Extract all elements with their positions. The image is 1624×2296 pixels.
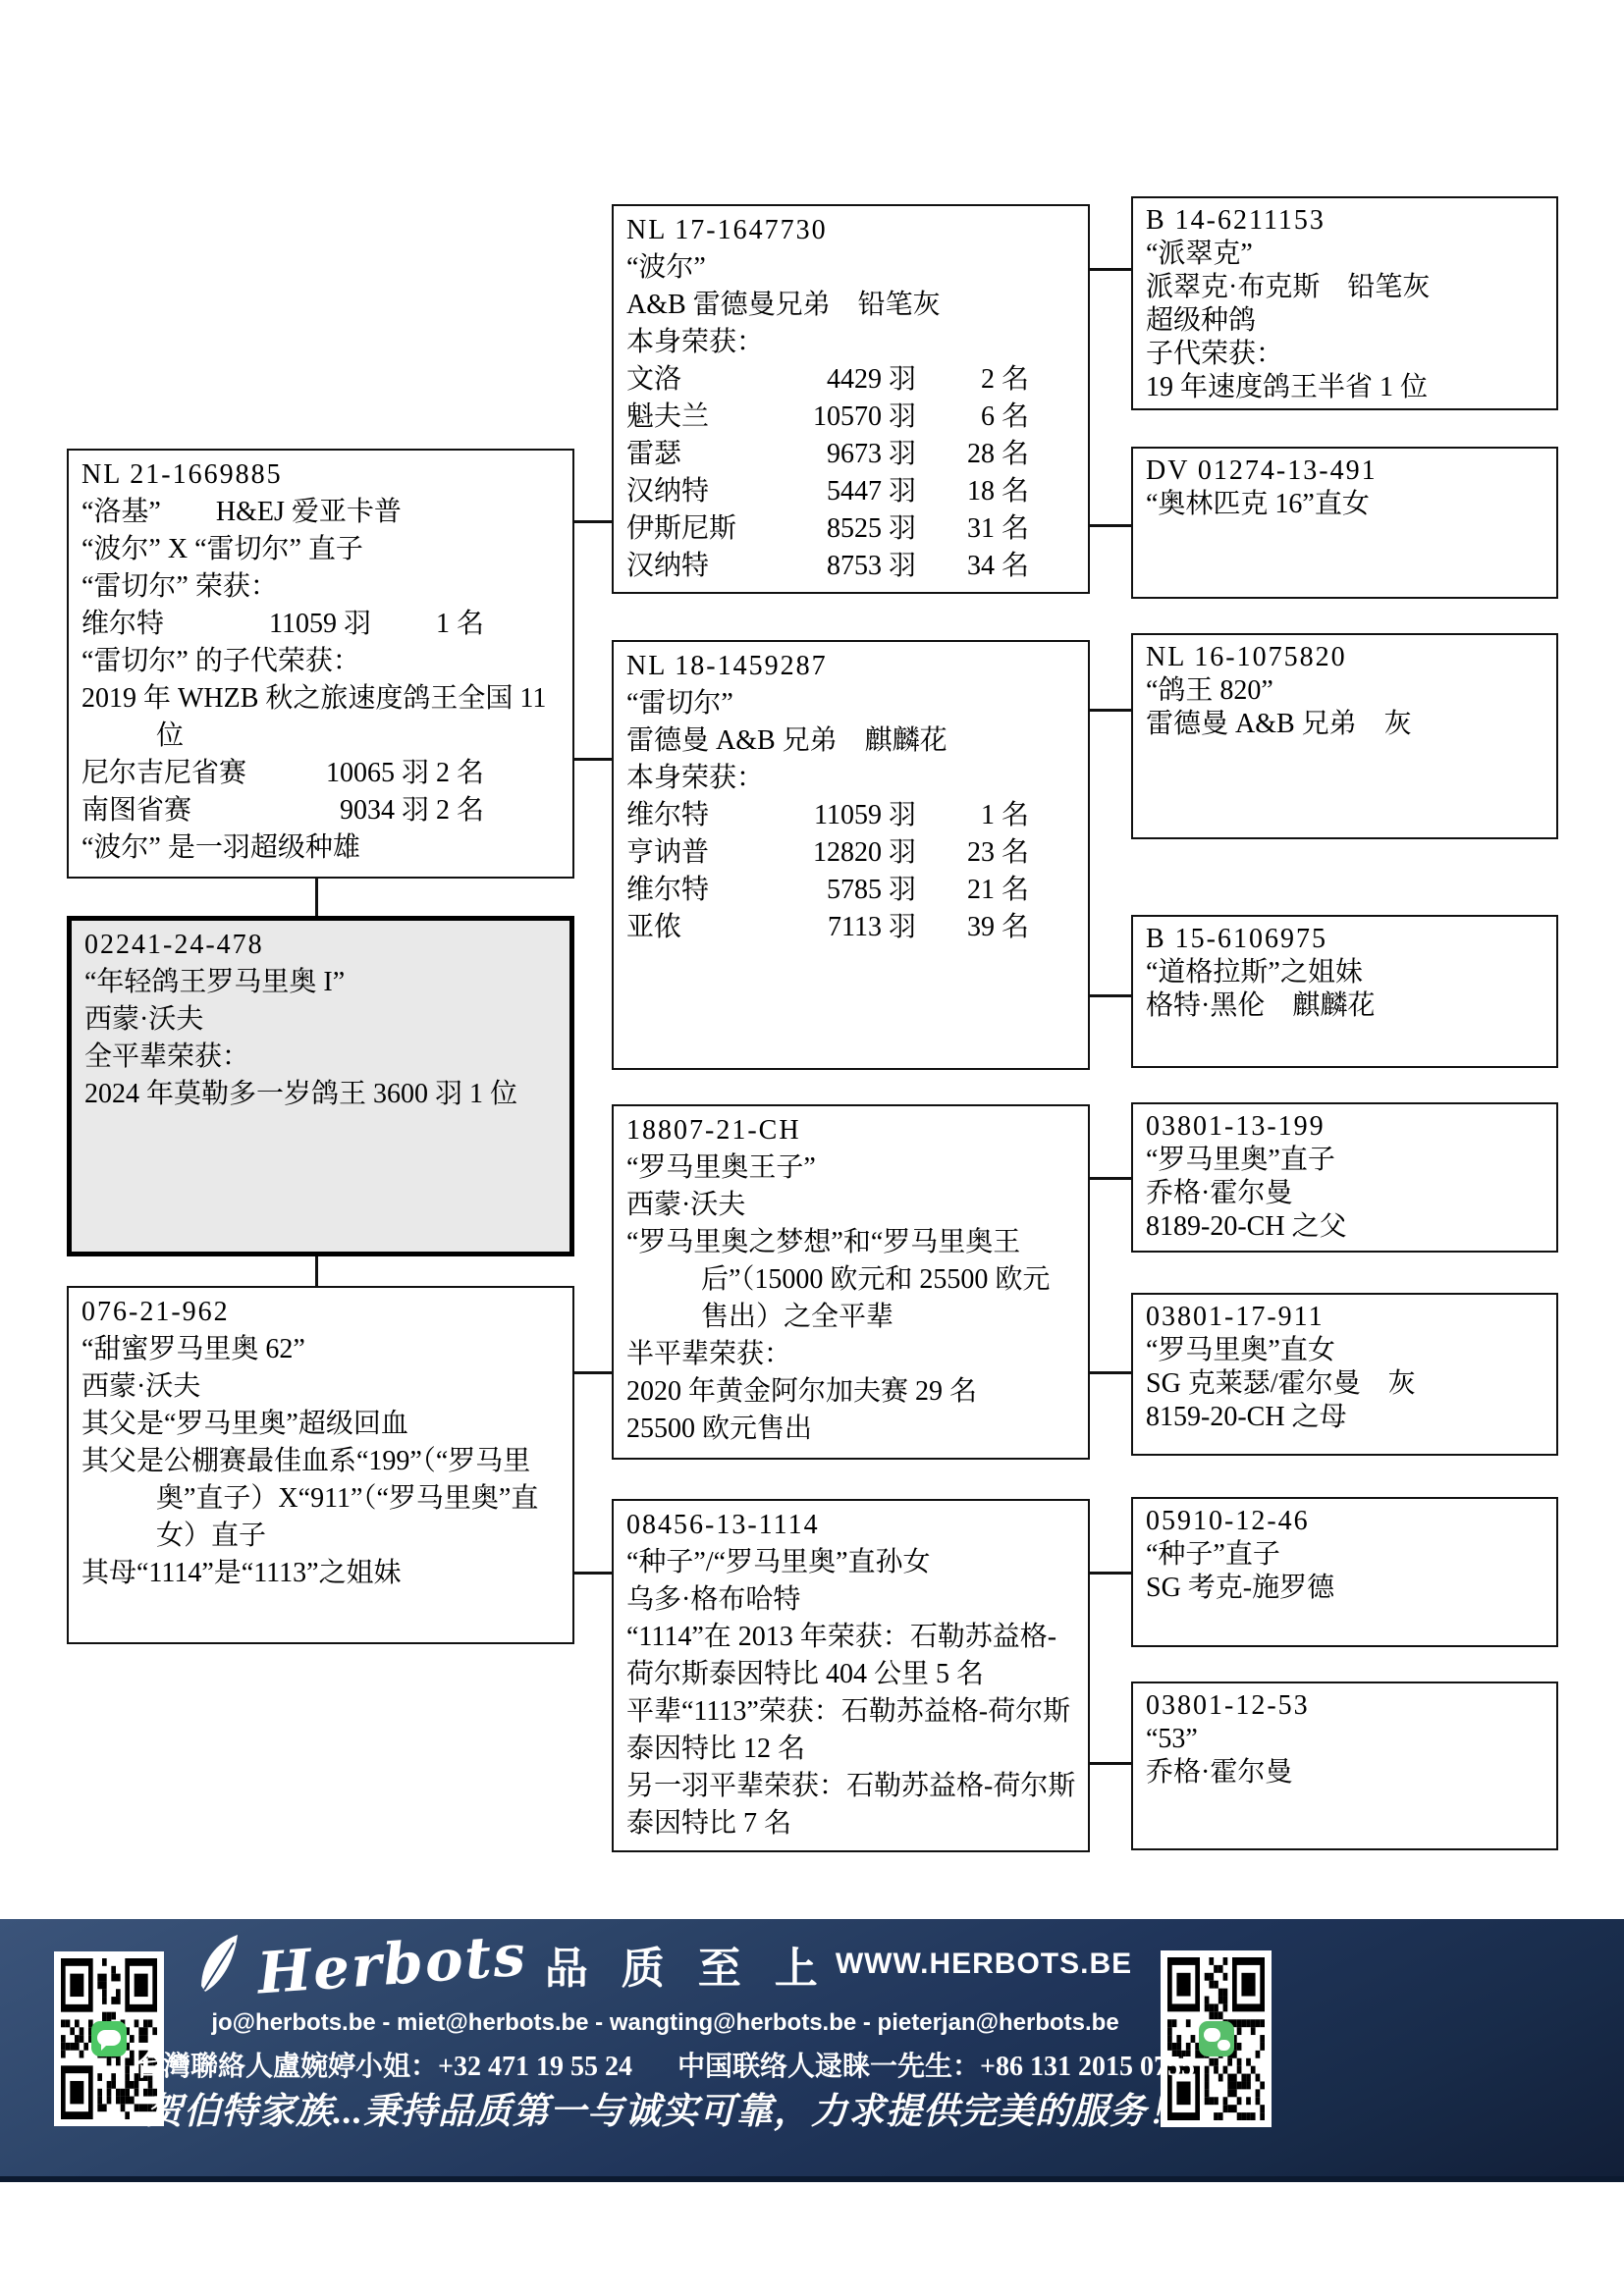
pedigree-box-grandsire-1: NL 17-1647730“波尔”A&B 雷德曼兄弟 铅笔灰本身荣获：文洛442… (612, 204, 1090, 594)
text-line: “罗马里奥”直子 (1146, 1144, 1544, 1177)
text-line: NL 18-1459287 (626, 648, 1076, 685)
feather-icon (198, 1935, 240, 1994)
text-line: “罗马里奥之梦想”和“罗马里奥王后”（15000 欧元和 25500 欧元售出）… (626, 1224, 1076, 1336)
pedigree-box-ggp-4: B 15-6106975“道格拉斯”之姐妹格特·黑伦 麒麟花 (1131, 915, 1558, 1068)
text-line: DV 01274-13-491 (1146, 454, 1544, 488)
connector-line (574, 520, 612, 523)
brand-logo-text: Herbots (255, 1921, 529, 2006)
text-line: 18807-21-CH (626, 1112, 1076, 1149)
contact-emails: jo@herbots.be - miet@herbots.be - wangti… (182, 2009, 1149, 2037)
text-line: 超级种鸽 (1146, 304, 1544, 338)
connector-line (1090, 1762, 1131, 1765)
text-line: 全平辈荣获： (84, 1039, 558, 1076)
pedigree-box-granddam-1: NL 18-1459287“雷切尔”雷德曼 A&B 兄弟 麒麟花本身荣获：维尔特… (612, 640, 1090, 1070)
connector-line (574, 758, 612, 761)
text-line: 其母“1114”是“1113”之姐妹 (81, 1555, 561, 1592)
text-line: 其父是“罗马里奥”超级回血 (81, 1406, 561, 1443)
text-line: 2024 年莫勒多一岁鸽王 3600 羽 1 位 (84, 1076, 558, 1113)
text-line: “罗马里奥”直女 (1146, 1334, 1544, 1367)
text-line: 乔格·霍尔曼 (1146, 1756, 1544, 1789)
text-line: 8159-20-CH 之母 (1146, 1401, 1544, 1434)
text-line: “波尔” (626, 249, 1076, 287)
text-line: 03801-17-911 (1146, 1301, 1544, 1334)
result-row: 维尔特11059 羽1 名 (626, 797, 1076, 834)
connector-line (1090, 268, 1131, 271)
text-line: A&B 雷德曼兄弟 铅笔灰 (626, 287, 1076, 324)
result-row: 伊斯尼斯8525 羽31 名 (626, 510, 1076, 548)
result-row: 亚侬7113 羽39 名 (626, 909, 1076, 946)
text-line: 西蒙·沃夫 (84, 1001, 558, 1039)
result-row: 维尔特5785 羽21 名 (626, 872, 1076, 909)
text-line: 2019 年 WHZB 秋之旅速度鸽王全国 11 位 (81, 680, 561, 755)
footer-banner: Herbots 品质至上 WWW.HERBOTS.BE jo@herbots.b… (0, 1919, 1624, 2182)
text-line: 乌多·格布哈特 (626, 1581, 1076, 1619)
text-line: 雷德曼 A&B 兄弟 灰 (1146, 708, 1544, 741)
pedigree-box-subject: 02241-24-478“年轻鸽王罗马里奥 I”西蒙·沃夫全平辈荣获：2024 … (67, 916, 574, 1256)
text-line: NL 16-1075820 (1146, 641, 1544, 674)
pedigree-box-granddam-2: 08456-13-1114“种子”/“罗马里奥”直孙女乌多·格布哈特“1114”… (612, 1499, 1090, 1852)
text-line: “罗马里奥王子” (626, 1149, 1076, 1187)
contact-phones: 台灣聯絡人盧婉婷小姐：+32 471 19 55 24 中国联络人逯睐一先生：+… (182, 2045, 1149, 2084)
text-line: “洛基” H&EJ 爱亚卡普 (81, 494, 561, 531)
website-url: WWW.HERBOTS.BE (836, 1948, 1132, 1981)
text-line: “53” (1146, 1723, 1544, 1756)
contact-china: 中国联络人逯睐一先生：+86 131 2015 0755 (677, 2045, 1195, 2084)
connector-line (1090, 709, 1131, 712)
text-line: “甜蜜罗马里奥 62” (81, 1331, 561, 1368)
text-line: 另一羽平辈荣获：石勒苏益格-荷尔斯泰因特比 7 名 (626, 1768, 1076, 1842)
text-line: 2020 年黄金阿尔加夫赛 29 名 (626, 1373, 1076, 1411)
text-line: B 14-6211153 (1146, 204, 1544, 238)
text-line: “1114”在 2013 年荣获：石勒苏益格-荷尔斯泰因特比 404 公里 5 … (626, 1619, 1076, 1693)
text-line: 平辈“1113”荣获：石勒苏益格-荷尔斯泰因特比 12 名 (626, 1693, 1076, 1768)
text-line: “种子”直子 (1146, 1538, 1544, 1572)
pedigree-box-ggp-7: 05910-12-46“种子”直子SG 考克-施罗德 (1131, 1497, 1558, 1647)
brand-row: Herbots 品质至上 WWW.HERBOTS.BE (182, 1925, 1149, 2003)
pedigree-box-dam: 076-21-962“甜蜜罗马里奥 62”西蒙·沃夫其父是“罗马里奥”超级回血其… (67, 1286, 574, 1644)
connector-line (1090, 1572, 1131, 1575)
connector-line (1090, 1177, 1131, 1180)
pedigree-box-ggp-6: 03801-17-911“罗马里奥”直女SG 克莱瑟/霍尔曼 灰8159-20-… (1131, 1293, 1558, 1456)
connector-line (315, 879, 318, 916)
text-line: 西蒙·沃夫 (626, 1187, 1076, 1224)
pedigree-box-ggp-5: 03801-13-199“罗马里奥”直子乔格·霍尔曼8189-20-CH 之父 (1131, 1102, 1558, 1253)
text-line: 乔格·霍尔曼 (1146, 1177, 1544, 1210)
pedigree-box-ggp-3: NL 16-1075820“鸽王 820”雷德曼 A&B 兄弟 灰 (1131, 633, 1558, 839)
text-line: “鸽王 820” (1146, 674, 1544, 708)
text-line: SG 考克-施罗德 (1146, 1572, 1544, 1605)
pedigree-box-ggp-8: 03801-12-53“53”乔格·霍尔曼 (1131, 1682, 1558, 1850)
text-line: 本身荣获： (626, 760, 1076, 797)
text-line: 25500 欧元售出 (626, 1411, 1076, 1448)
text-line: 其父是公棚赛最佳血系“199”（“罗马里奥”直子）X“911”（“罗马里奥”直女… (81, 1443, 561, 1555)
result-row: 汉纳特5447 羽18 名 (626, 473, 1076, 510)
pedigree-box-ggp-2: DV 01274-13-491“奥林匹克 16”直女 (1131, 447, 1558, 599)
text-line: NL 21-1669885 (81, 456, 561, 494)
wechat-icon (1199, 2021, 1234, 2056)
text-line: 子代荣获： (1146, 338, 1544, 371)
pedigree-box-grandsire-2: 18807-21-CH“罗马里奥王子”西蒙·沃夫“罗马里奥之梦想”和“罗马里奥王… (612, 1104, 1090, 1460)
text-line: 格特·黑伦 麒麟花 (1146, 989, 1544, 1023)
text-line: B 15-6106975 (1146, 923, 1544, 956)
text-line: 19 年速度鸽王半省 1 位 (1146, 371, 1544, 404)
connector-line (1090, 524, 1131, 527)
text-line: “奥林匹克 16”直女 (1146, 488, 1544, 521)
pedigree-box-sire: NL 21-1669885“洛基” H&EJ 爱亚卡普“波尔” X “雷切尔” … (67, 449, 574, 879)
line-icon (91, 2021, 127, 2056)
text-line: “年轻鸽王罗马里奥 I” (84, 964, 558, 1001)
connector-line (574, 1371, 612, 1374)
text-line: 02241-24-478 (84, 927, 558, 964)
connector-line (1090, 1371, 1131, 1374)
result-row: 尼尔吉尼省赛10065 羽 2 名 (81, 755, 561, 792)
text-line: “波尔” X “雷切尔” 直子 (81, 531, 561, 568)
text-line: 03801-12-53 (1146, 1689, 1544, 1723)
connector-line (1090, 994, 1131, 997)
text-line: 本身荣获： (626, 324, 1076, 361)
text-line: “雷切尔” 的子代荣获： (81, 643, 561, 680)
text-line: “种子”/“罗马里奥”直孙女 (626, 1544, 1076, 1581)
text-line: “雷切尔” (626, 685, 1076, 722)
result-row: 维尔特11059 羽1 名 (81, 606, 561, 643)
text-line: “波尔” 是一羽超级种雄 (81, 829, 561, 867)
text-line: 半平辈荣获： (626, 1336, 1076, 1373)
footer-slogan: 贺伯特家族...秉持品质第一与诚实可靠，力求提供完美的服务！ (182, 2081, 1149, 2134)
text-line: 派翠克·布克斯 铅笔灰 (1146, 271, 1544, 304)
connector-line (574, 1572, 612, 1575)
text-line: SG 克莱瑟/霍尔曼 灰 (1146, 1367, 1544, 1401)
text-line: 03801-13-199 (1146, 1110, 1544, 1144)
brand-slogan-cn: 品质至上 (545, 1933, 851, 1996)
text-line: 西蒙·沃夫 (81, 1368, 561, 1406)
text-line: “派翠克” (1146, 238, 1544, 271)
contact-taiwan: 台灣聯絡人盧婉婷小姐：+32 471 19 55 24 (135, 2045, 632, 2084)
result-row: 文洛4429 羽2 名 (626, 361, 1076, 399)
result-row: 南图省赛9034 羽 2 名 (81, 792, 561, 829)
pedigree-page: NL 21-1669885“洛基” H&EJ 爱亚卡普“波尔” X “雷切尔” … (0, 0, 1624, 2296)
text-line: “雷切尔” 荣获： (81, 568, 561, 606)
connector-line (315, 1256, 318, 1286)
text-line: NL 17-1647730 (626, 212, 1076, 249)
text-line: 雷德曼 A&B 兄弟 麒麟花 (626, 722, 1076, 760)
text-line: “道格拉斯”之姐妹 (1146, 956, 1544, 989)
text-line: 08456-13-1114 (626, 1507, 1076, 1544)
result-row: 汉纳特8753 羽34 名 (626, 548, 1076, 585)
pedigree-box-ggp-1: B 14-6211153“派翠克”派翠克·布克斯 铅笔灰超级种鸽子代荣获：19 … (1131, 196, 1558, 410)
text-line: 05910-12-46 (1146, 1505, 1544, 1538)
text-line: 8189-20-CH 之父 (1146, 1210, 1544, 1244)
text-line: 076-21-962 (81, 1294, 561, 1331)
result-row: 雷瑟9673 羽28 名 (626, 436, 1076, 473)
result-row: 亨讷普12820 羽23 名 (626, 834, 1076, 872)
result-row: 魁夫兰10570 羽6 名 (626, 399, 1076, 436)
